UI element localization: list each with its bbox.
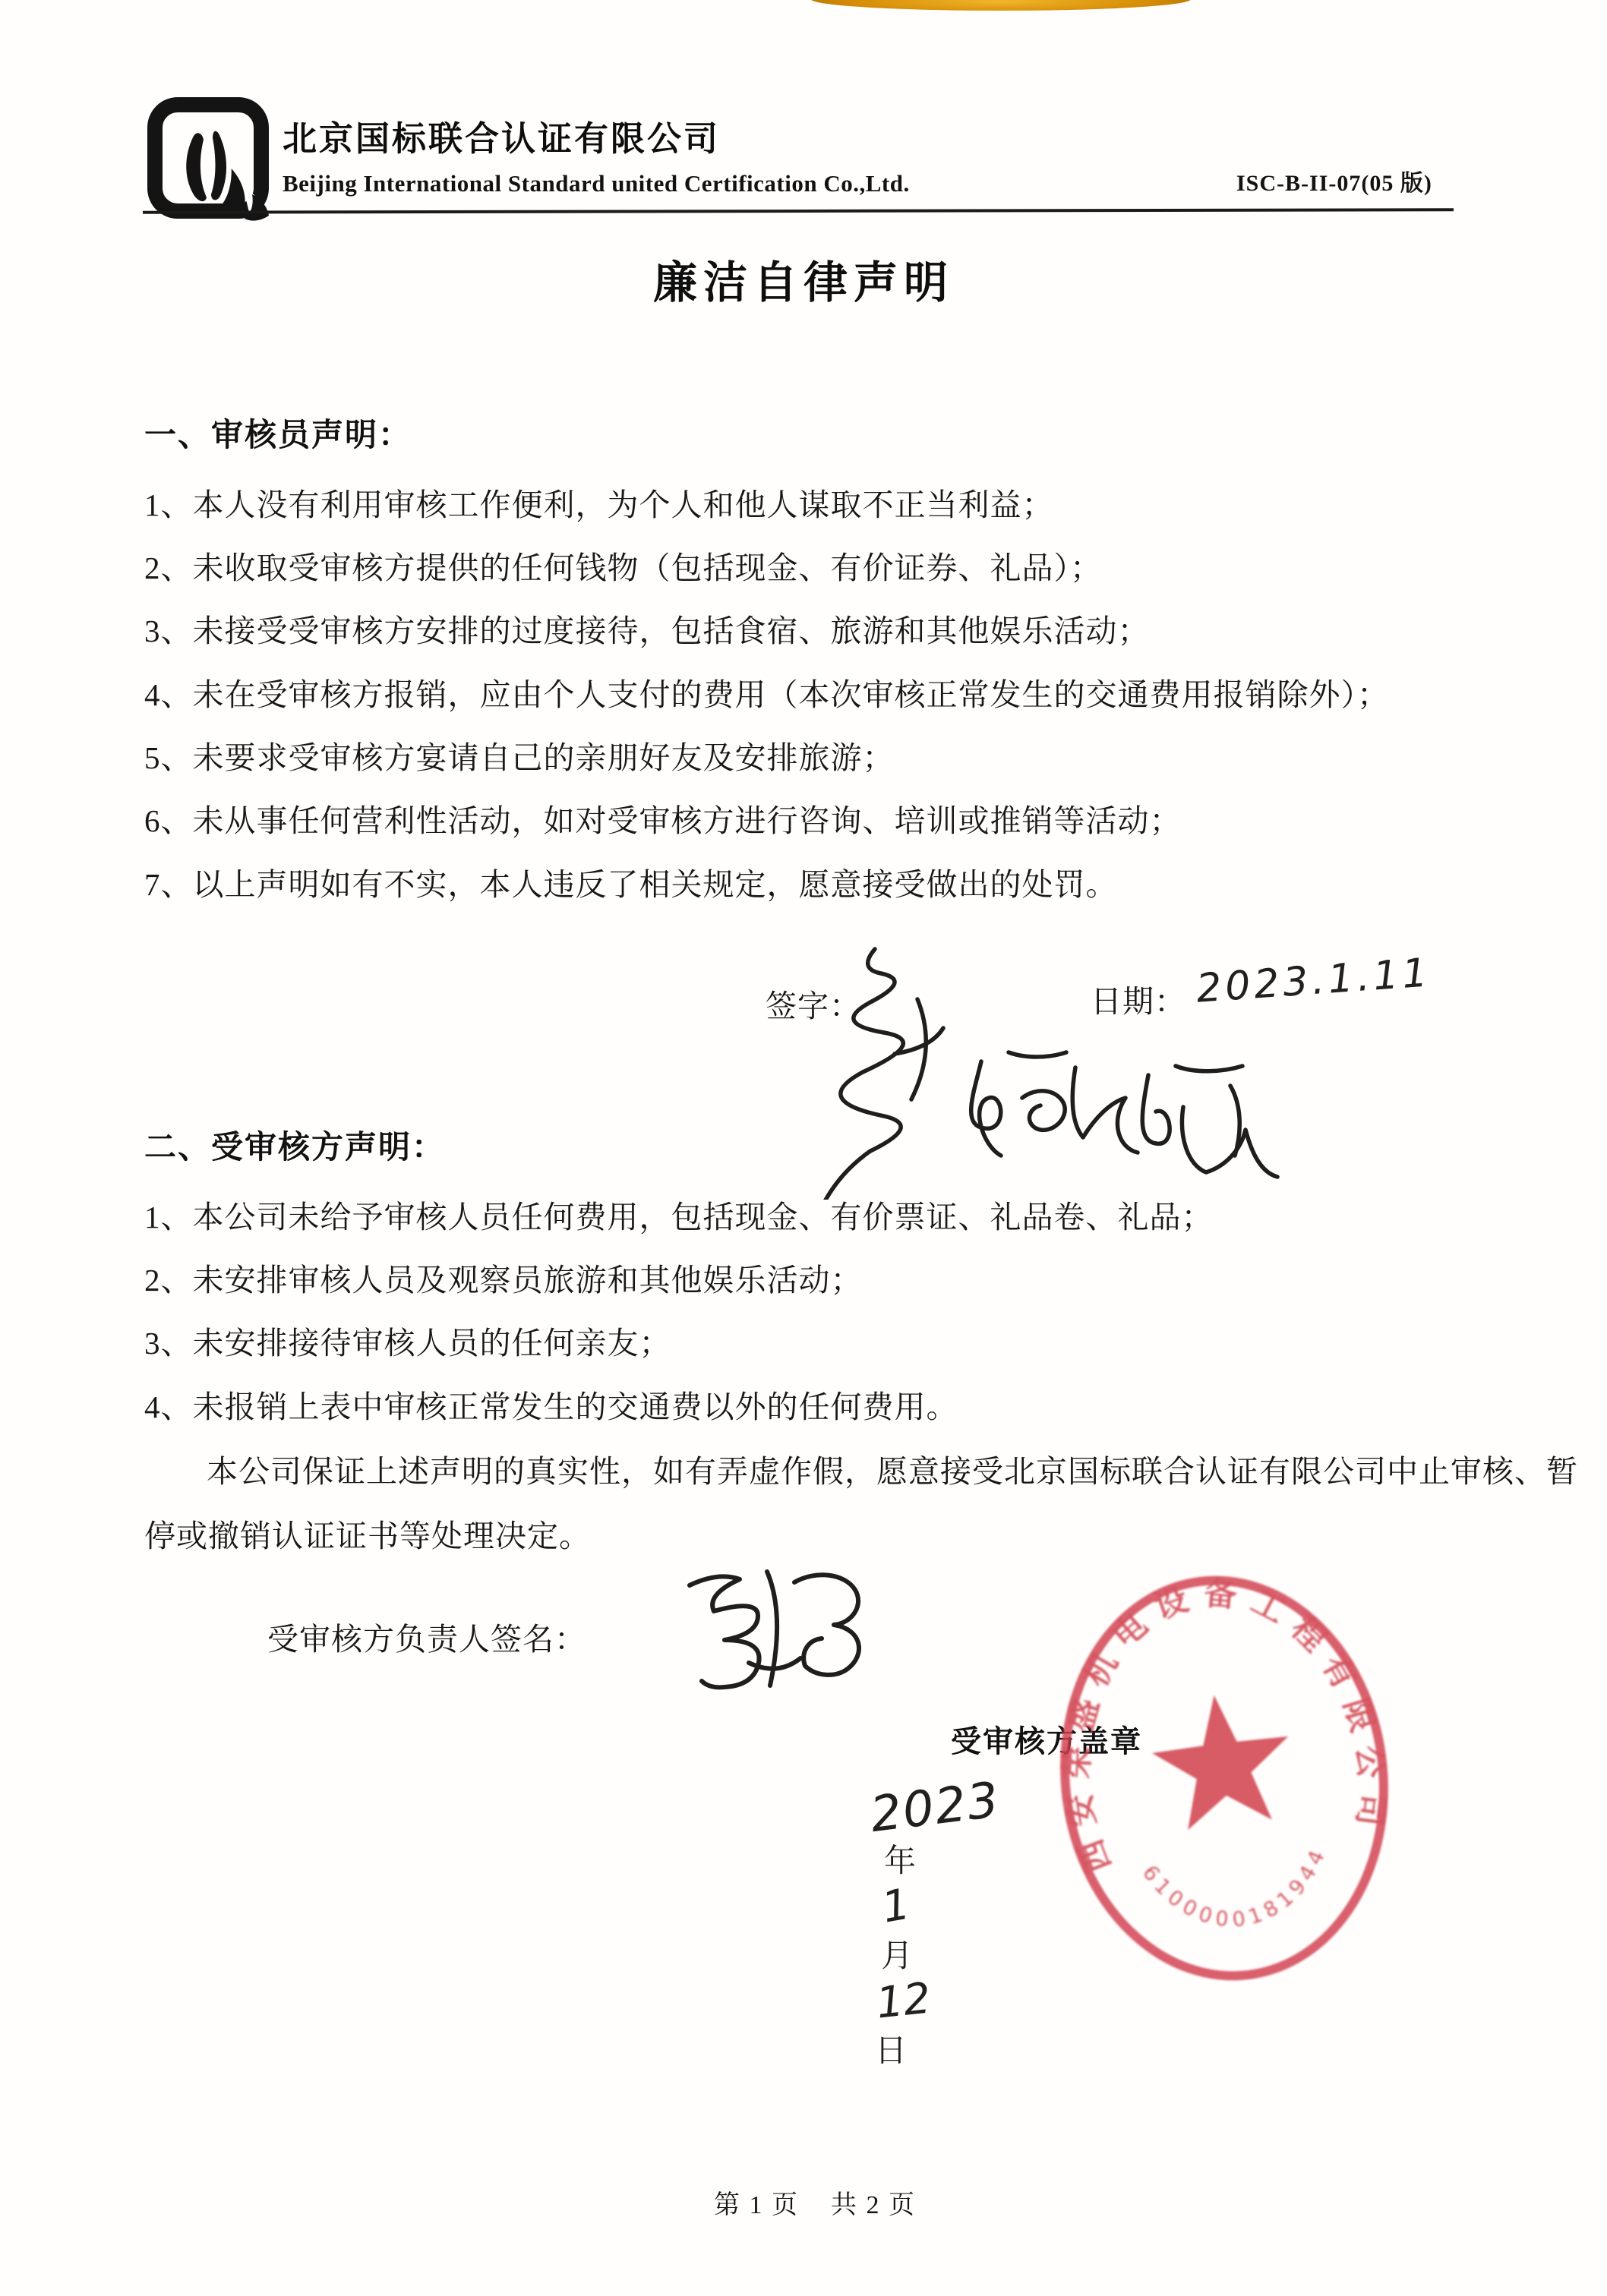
section2-item: 4、未报销上表中审核正常发生的交通费以外的任何费用。 [144,1382,958,1427]
closing-paragraph-line1: 本公司保证上述声明的真实性，如有弄虚作假，愿意接受北京国标联合认证有限公司中止审… [207,1446,1578,1491]
section1-item: 3、未接受受审核方安排的过度接待，包括食宿、旅游和其他娱乐活动； [144,606,1150,651]
section1-item: 2、未收取受审核方提供的任何钱物（包括现金、有价证券、礼品）； [144,543,1102,588]
seal-star [1146,1687,1298,1834]
closing-paragraph-line2: 停或撤销认证证书等处理决定。 [144,1511,591,1556]
document-title: 廉洁自律声明 [0,247,1607,311]
red-company-seal: 西安荣盛机电设备工程有限公司 6100000181944 [1025,1546,1424,2011]
certification-company-logo [146,96,279,229]
year-char: 年 [884,1844,916,1879]
document-code: ISC-B-II-07(05 版) [1236,164,1432,197]
auditee-sign-label: 受审核方负责人签名： [267,1614,586,1659]
day-char: 日 [875,2034,907,2069]
header-rule [143,208,1454,214]
handwritten-day: 12 [874,1973,933,2028]
svg-text:6100000181944: 6100000181944 [1136,1840,1340,1943]
section1-item: 4、未在受审核方报销，应由个人支付的费用（本次审核正常发生的交通费用报销除外）； [144,670,1389,714]
page-number: 第 1 页 共 2 页 [0,2184,1607,2221]
section2-item: 1、本公司未给予审核人员任何费用，包括现金、有价票证、礼品卷、礼品； [144,1192,1214,1237]
section1-item: 6、未从事任何营利性活动，如对受审核方进行咨询、培训或推销等活动； [144,796,1182,840]
auditee-signature-scribble [653,1549,866,1716]
company-name-cn: 北京国标联合认证有限公司 [283,111,720,160]
section2-heading: 二、受审核方声明： [144,1122,445,1168]
auditor-signatures-scribble [805,926,1321,1200]
section2-item: 2、未安排审核人员及观察员旅游和其他娱乐活动； [144,1255,863,1300]
company-name-en: Beijing International Standard united Ce… [283,170,910,197]
section1-item: 7、以上声明如有不实，本人违反了相关规定，愿意接受做出的处罚。 [144,859,1118,904]
scan-gold-edge [811,0,1191,11]
month-char: 月 [881,1939,913,1974]
auditee-seal-date: 2023 年 1 月 12 日 [858,1766,1000,2085]
scanned-document-page: 北京国标联合认证有限公司 Beijing International Stand… [0,0,1607,2296]
handwritten-year: 2023 [867,1772,1003,1843]
handwritten-month: 1 [879,1879,914,1932]
section1-item: 5、未要求受审核方宴请自己的亲朋好友及安排旅游； [144,733,895,777]
section1-item: 1、本人没有利用审核工作便利，为个人和他人谋取不正当利益； [144,480,1054,525]
section1-heading: 一、审核员声明： [144,410,412,456]
section2-item: 3、未安排接待审核人员的任何亲友； [144,1318,671,1363]
seal-number: 6100000181944 [1136,1840,1340,1943]
